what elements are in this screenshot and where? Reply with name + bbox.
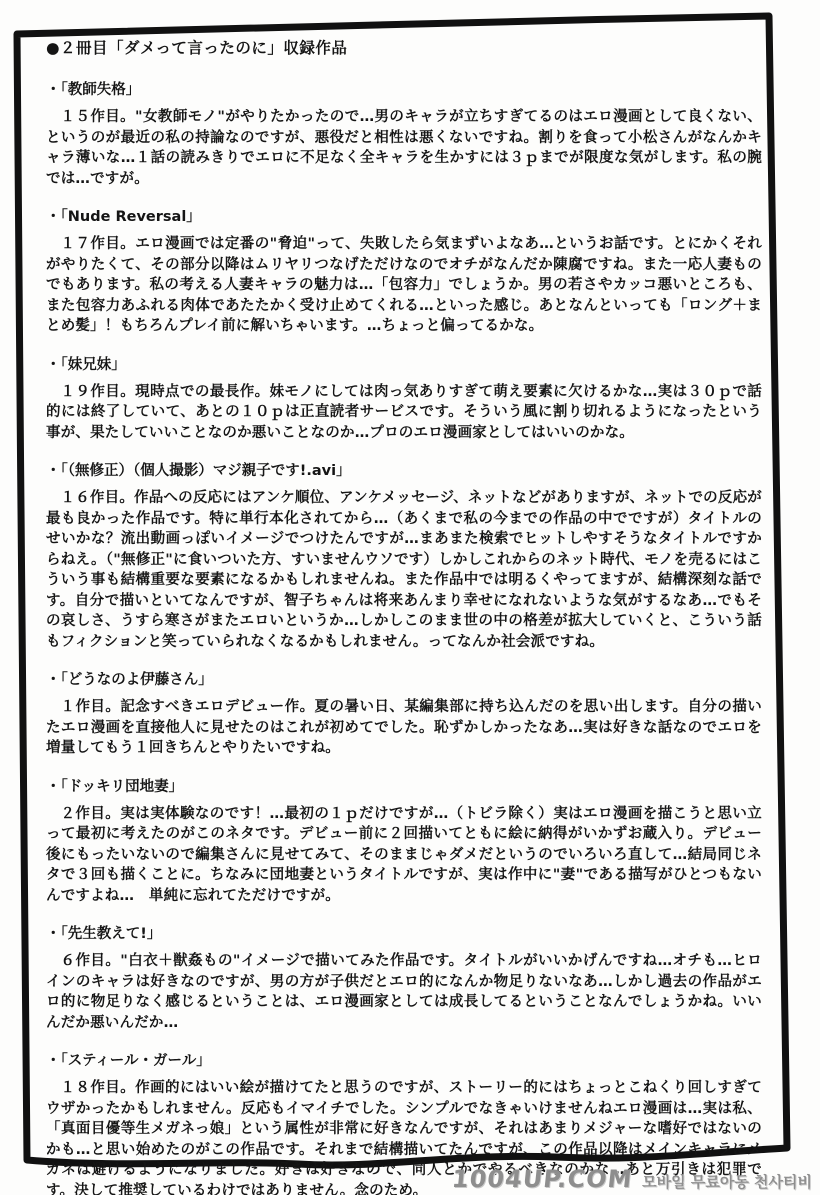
work-title: ・「ドッキリ団地妻」 [46,775,762,796]
work-title: ・「先生教えて!」 [46,922,762,943]
work-section-dounanoyo-itou-san: ・「どうなのよ伊藤さん」 １作目。記念すべきエロデビュー作。夏の暑い日、某編集部… [46,668,762,759]
work-title: ・「妹兄妹」 [46,353,762,374]
work-commentary: １作目。記念すべきエロデビュー作。夏の暑い日、某編集部に持ち込んだのを思い出しま… [46,697,762,759]
page-title: ●２冊目「ダメって言ったのに」収録作品 [46,36,762,58]
work-section-kyoushi-shikkaku: ・「教師失格」 １５作目。"女教師モノ"がやりたかったので…男のキャラが立ちすぎ… [46,78,762,189]
work-title: ・「Nude Reversal」 [46,205,762,226]
work-title: ・「どうなのよ伊藤さん」 [46,668,762,689]
watermark: 1004UP.COM 모바일 무료아동 천사티비 [452,1165,812,1193]
work-commentary: ２作目。実は実体験なのです！…最初の１ｐだけですが…（トビラ除く）実はエロ漫画を… [46,804,762,907]
work-section-dokkiri-danchizuma: ・「ドッキリ団地妻」 ２作目。実は実体験なのです！…最初の１ｐだけですが…（トビ… [46,775,762,907]
work-section-maji-oyako-avi: ・「（無修正）（個人撮影）マジ親子です!.avi」 １６作目。作品への反応にはア… [46,459,762,652]
work-commentary: １９作目。現時点での最長作。妹モノにしては肉っ気ありすぎて萌え要素に欠けるかな…… [46,382,762,444]
work-title: ・「（無修正）（個人撮影）マジ親子です!.avi」 [46,459,762,480]
work-commentary: １７作目。エロ漫画では定番の"脅迫"って、失敗したら気まずいよなあ…というお話で… [46,234,762,337]
work-section-imouto-ani-imouto: ・「妹兄妹」 １９作目。現時点での最長作。妹モノにしては肉っ気ありすぎて萌え要素… [46,353,762,444]
page-content: ●２冊目「ダメって言ったのに」収録作品 ・「教師失格」 １５作目。"女教師モノ"… [46,28,762,1195]
scanned-page: ●２冊目「ダメって言ったのに」収録作品 ・「教師失格」 １５作目。"女教師モノ"… [0,0,820,1195]
watermark-caption: 모바일 무료아동 천사티비 [642,1171,812,1192]
work-commentary: １６作目。作品への反応にはアンケ順位、アンケメッセージ、ネットなどがありますが、… [46,488,762,652]
work-section-nude-reversal: ・「Nude Reversal」 １７作目。エロ漫画では定番の"脅迫"って、失敗… [46,205,762,337]
work-commentary: ６作目。"白衣＋獣姦もの"イメージで描いてみた作品です。タイトルがいいかげんです… [46,951,762,1033]
work-section-sensei-oshiete: ・「先生教えて!」 ６作目。"白衣＋獣姦もの"イメージで描いてみた作品です。タイ… [46,922,762,1033]
work-title: ・「教師失格」 [46,78,762,99]
work-commentary: １５作目。"女教師モノ"がやりたかったので…男のキャラが立ちすぎてるのはエロ漫画… [46,107,762,189]
work-title: ・「スティール・ガール」 [46,1049,762,1070]
watermark-site-logo: 1004UP.COM [450,1165,633,1193]
